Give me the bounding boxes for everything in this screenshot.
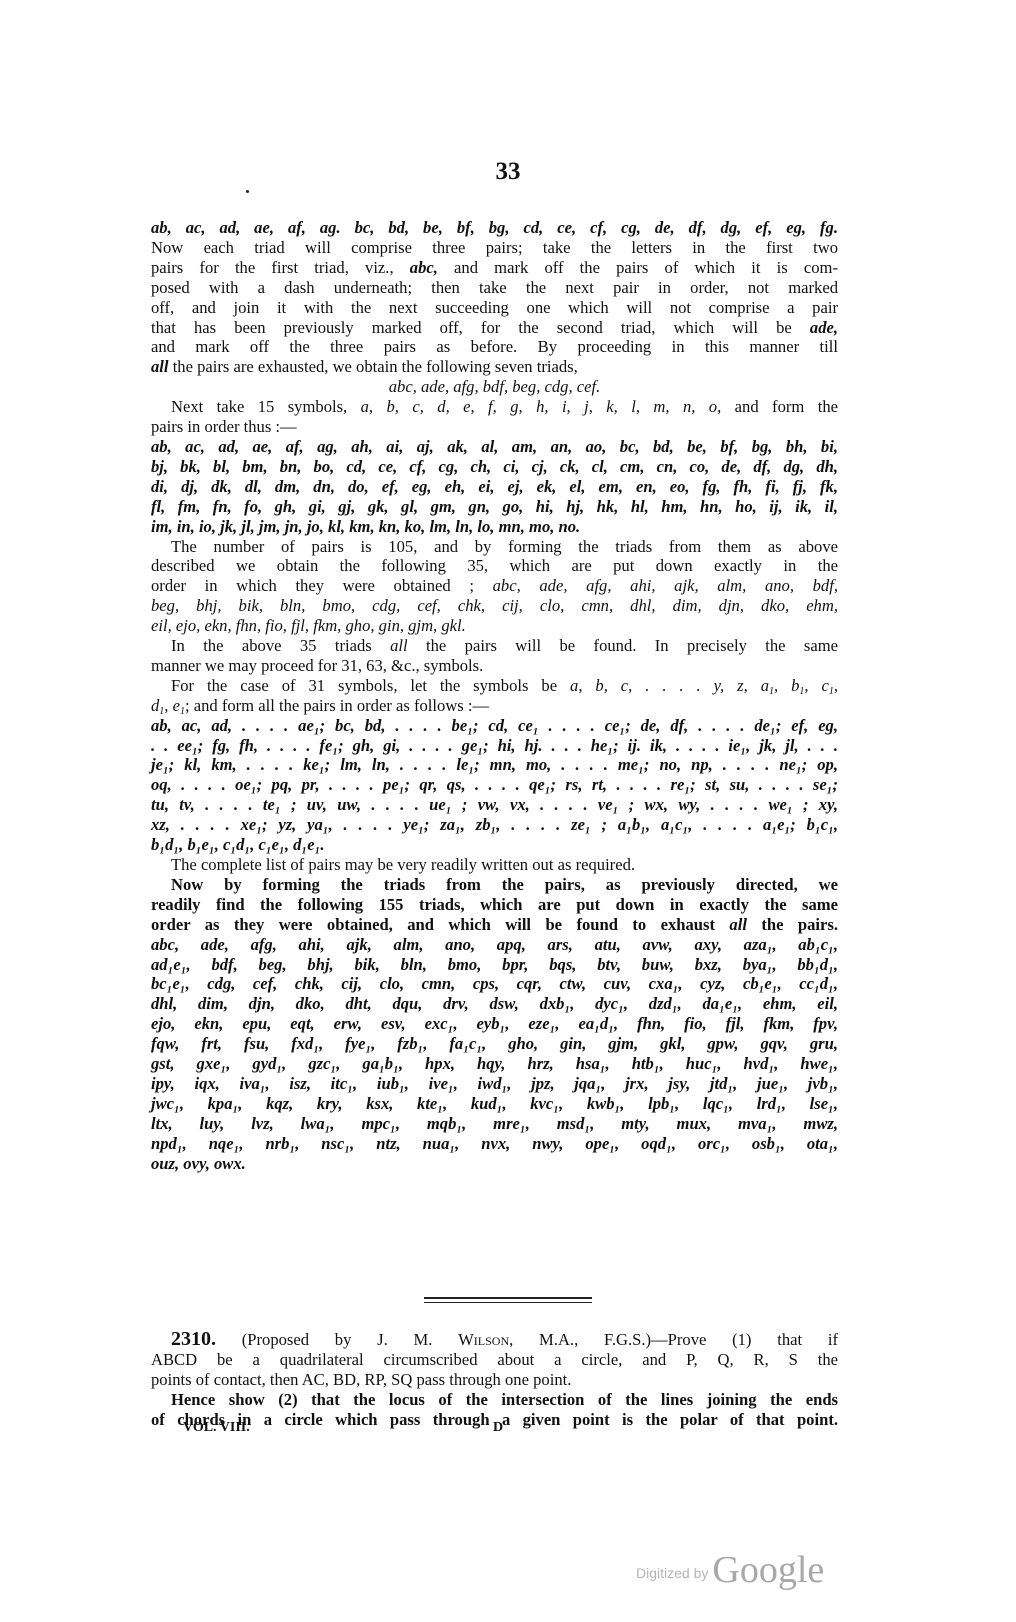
pairs31-line: . . ee₁; fg, fh, . . . . fe₁; gh, gi, . … <box>151 736 838 756</box>
section-divider <box>0 1290 1016 1308</box>
para2-line1: Next take 15 symbols, a, b, c, d, e, f, … <box>151 397 838 417</box>
problem-number: 2310. <box>171 1328 216 1350</box>
pairs-seven-list: ab, ac, ad, ae, af, ag. bc, bd, be, bf, … <box>151 218 838 238</box>
pairs15-line: bj, bk, bl, bm, bn, bo, cd, ce, cf, cg, … <box>151 457 838 477</box>
para1-line7: all the pairs are exhausted, we obtain t… <box>151 357 838 377</box>
speck <box>246 190 249 193</box>
para3-line2: described we obtain the following 35, wh… <box>151 556 838 576</box>
seven-triads: abc, ade, afg, bdf, beg, cdg, cef. <box>151 377 838 397</box>
problem-line2: ABCD be a quadrilateral circumscribed ab… <box>151 1350 838 1370</box>
para3-line3: order in which they were obtained ; abc,… <box>151 576 838 596</box>
body-text: ab, ac, ad, ae, af, ag. bc, bd, be, bf, … <box>151 218 838 1174</box>
double-rule <box>424 1297 592 1303</box>
pairs15-line: im, in, io, jk, jl, jm, jn, jo, kl, km, … <box>151 517 838 537</box>
pairs15-line: di, dj, dk, dl, dm, dn, do, ef, eg, eh, … <box>151 477 838 497</box>
pairs31-line: oq, . . . . oe₁; pq, pr, . . . . pe₁; qr… <box>151 775 838 795</box>
para1-line3: posed with a dash underneath; then take … <box>151 278 838 298</box>
triads155-line: ltx, luy, lvz, lwa₁, mpc₁, mqb₁, mre₁, m… <box>151 1114 838 1134</box>
problem-line1: 2310. (Proposed by J. M. Wilson, M.A., F… <box>151 1330 838 1350</box>
para3-line1: The number of pairs is 105, and by formi… <box>151 537 838 557</box>
para7-line3: order as they were obtained, and which w… <box>151 915 838 935</box>
para1-line4: off, and join it with the next succeedin… <box>151 298 838 318</box>
signature-mark: D <box>493 1420 503 1436</box>
triads155-line: fqw, frt, fsu, fxd₁, fye₁, fzb₁, fa₁c₁, … <box>151 1034 838 1054</box>
para4-line1: In the above 35 triads all the pairs wil… <box>151 636 838 656</box>
triads155-line: gst, gxe₁, gyd₁, gzc₁, ga₁b₁, hpx, hqy, … <box>151 1054 838 1074</box>
para1-line6: and mark off the three pairs as before. … <box>151 337 838 357</box>
para5-line2: d1, e1; and form all the pairs in order … <box>151 696 838 716</box>
triads155-line: ejo, ekn, epu, eqt, erw, esv, exc₁, eyb₁… <box>151 1014 838 1034</box>
pairs15-line: ab, ac, ad, ae, af, ag, ah, ai, aj, ak, … <box>151 437 838 457</box>
para2-line2: pairs in order thus :— <box>151 417 838 437</box>
problem-line4: Hence show (2) that the locus of the int… <box>151 1390 838 1410</box>
triads155-line: npd₁, nqe₁, nrb₁, nsc₁, ntz, nua₁, nvx, … <box>151 1134 838 1154</box>
triads155-line: jwc₁, kpa₁, kqz, kry, ksx, kte₁, kud₁, k… <box>151 1094 838 1114</box>
page-number: 33 <box>0 158 1016 186</box>
triads155-line: dhl, dim, djn, dko, dht, dqu, drv, dsw, … <box>151 994 838 1014</box>
problem-line3: points of contact, then AC, BD, RP, SQ p… <box>151 1370 838 1390</box>
para4-line2: manner we may proceed for 31, 63, &c., s… <box>151 656 838 676</box>
google-watermark: Digitized by Google <box>636 1548 824 1592</box>
pairs31-line: je₁; kl, km, . . . . ke₁; lm, ln, . . . … <box>151 755 838 775</box>
triads155-line: abc, ade, afg, ahi, ajk, alm, ano, apq, … <box>151 935 838 955</box>
digitized-by-label: Digitized by <box>636 1565 708 1581</box>
triads155-line: ipy, iqx, iva₁, isz, itc₁, iub₁, ive₁, i… <box>151 1074 838 1094</box>
pairs31-line: ab, ac, ad, . . . . ae₁; bc, bd, . . . .… <box>151 716 838 736</box>
problem-2310: 2310. (Proposed by J. M. Wilson, M.A., F… <box>151 1330 838 1430</box>
para1-line1: Now each triad will comprise three pairs… <box>151 238 838 258</box>
para6: The complete list of pairs may be very r… <box>151 855 838 875</box>
para1-line5: that has been previously marked off, for… <box>151 318 838 338</box>
triads155-line: ouz, ovy, owx. <box>151 1154 838 1174</box>
pairs31-line: b₁d₁, b₁e₁, c₁d₁, c₁e₁, d₁e₁. <box>151 835 838 855</box>
para5-line1: For the case of 31 symbols, let the symb… <box>151 676 838 696</box>
para7-line1: Now by forming the triads from the pairs… <box>151 875 838 895</box>
para3-line5: eil, ejo, ekn, fhn, fio, fjl, fkm, gho, … <box>151 616 838 636</box>
pairs15-line: fl, fm, fn, fo, gh, gi, gj, gk, gl, gm, … <box>151 497 838 517</box>
pairs31-line: tu, tv, . . . . te₁ ; uv, uw, . . . . ue… <box>151 795 838 815</box>
pairs31-line: xz, . . . . xe₁; yz, ya₁, . . . . ye₁; z… <box>151 815 838 835</box>
para7-line2: readily find the following 155 triads, w… <box>151 895 838 915</box>
volume-label: VOL. VIII. <box>183 1420 250 1436</box>
para1-line2: pairs for the first triad, viz., abc, an… <box>151 258 838 278</box>
triads155-line: ad₁e₁, bdf, beg, bhj, bik, bln, bmo, bpr… <box>151 955 838 975</box>
triads155-line: bc₁e₁, cdg, cef, chk, cij, clo, cmn, cps… <box>151 974 838 994</box>
google-logo: Google <box>712 1549 824 1591</box>
para3-line4: beg, bhj, bik, bln, bmo, cdg, cef, chk, … <box>151 596 838 616</box>
